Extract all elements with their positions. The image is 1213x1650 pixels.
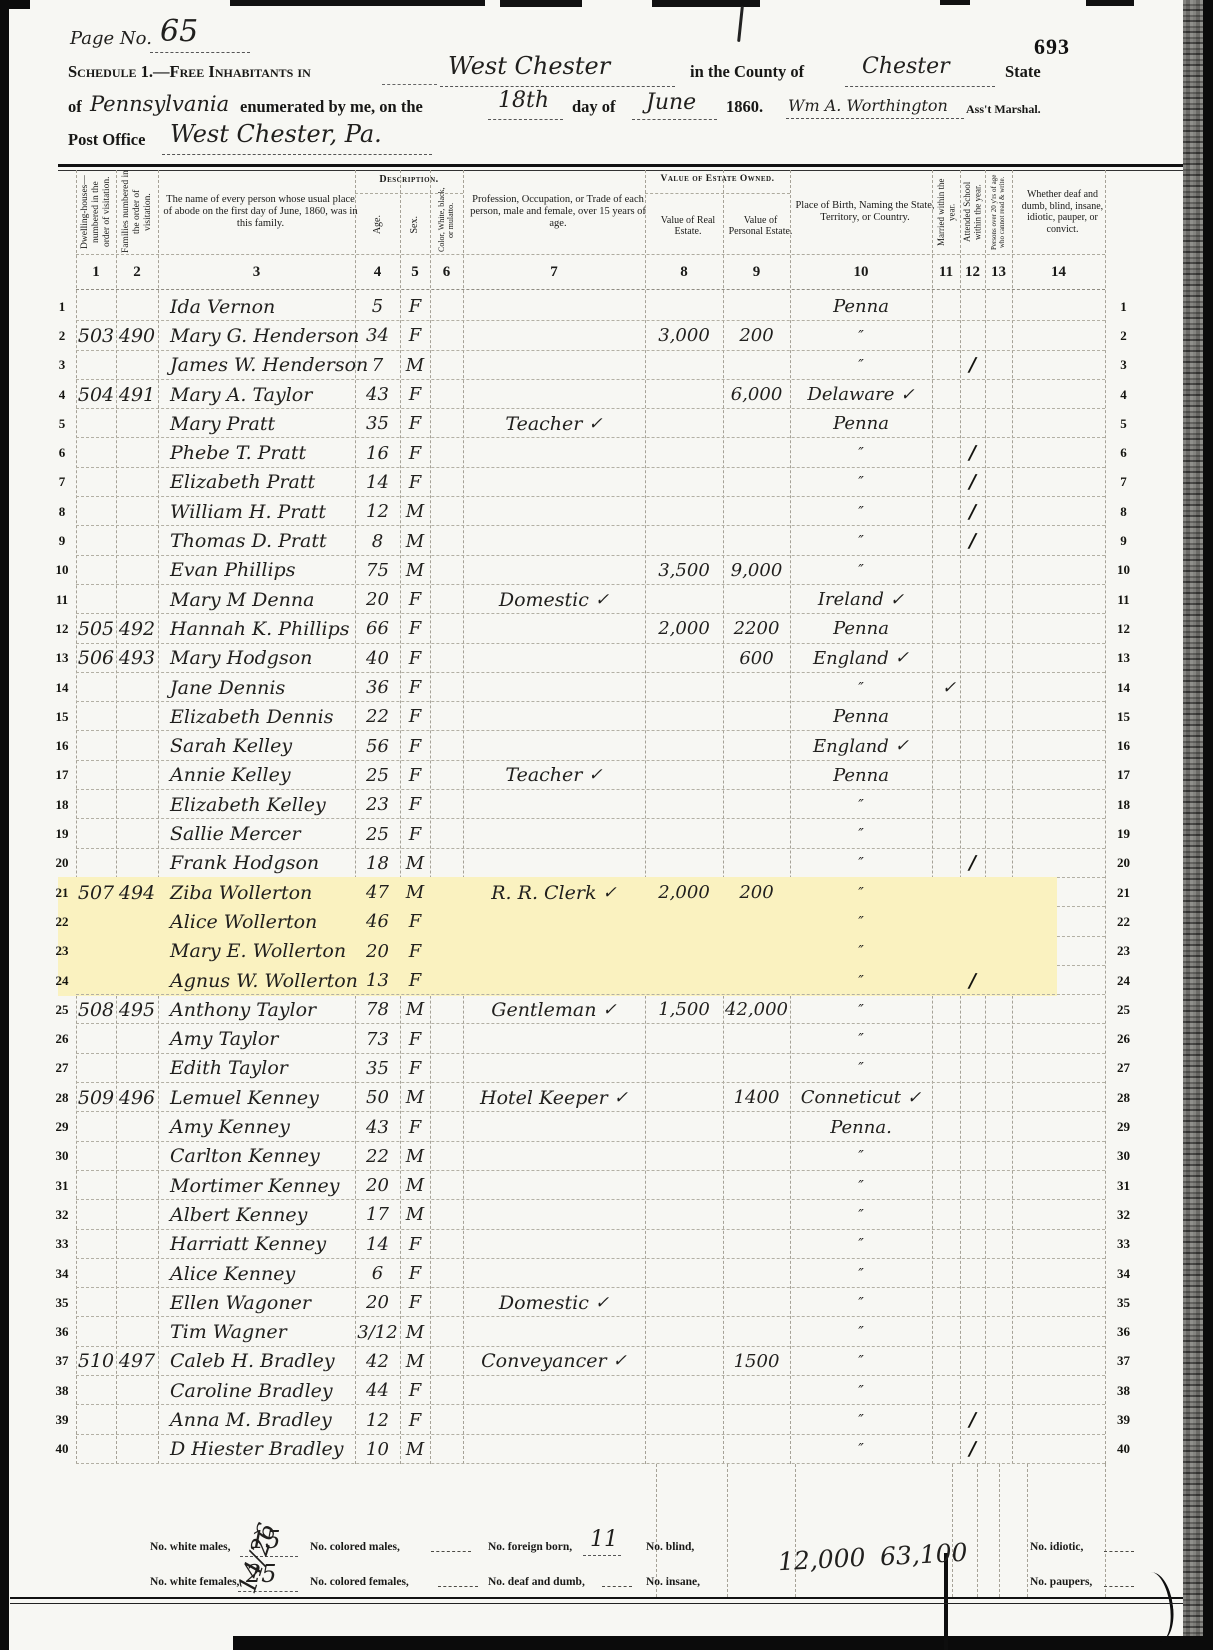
age-value-text: 43 [366,1117,389,1138]
school-mark-cell [960,995,985,1024]
personal-estate-value [723,1025,790,1054]
age-value: 18 [355,849,400,878]
table-row: 28509496Lemuel Kenney50MHotel Keeper✓140… [48,1083,1142,1112]
table-row: 39Anna M. Bradley12F″∕39 [48,1405,1142,1434]
personal-estate-value [723,1112,790,1141]
real-estate-value-text: 2,000 [658,882,710,903]
remarks-cell [1012,673,1105,702]
school-mark-cell [960,644,985,673]
row-number-left: 29 [48,1112,76,1141]
column-number: 11 [932,258,960,286]
real-estate-value [645,966,723,995]
age-value: 50 [355,1083,400,1112]
family-number [116,937,158,966]
row-number-left-text: 23 [56,943,69,959]
personal-estate-value [723,526,790,555]
dwelling-number [76,1405,116,1434]
birthplace-value: ″ [790,1435,932,1464]
age-value-text: 25 [366,765,389,786]
sex-value-text: F [409,736,422,757]
occupation-value [463,380,645,409]
school-mark-cell: ∕ [960,439,985,468]
dwelling-number [76,732,116,761]
dwelling-number [76,409,116,438]
birthplace-value: Penna. [790,1112,932,1141]
sex-value-text: F [409,589,422,610]
dwelling-number [76,468,116,497]
sex-value: F [400,1025,430,1054]
person-name-text: Anna M. Bradley [170,1409,332,1431]
ditto-mark: ″ [858,473,864,491]
age-value-text: 6 [372,1263,383,1284]
row-number-left-text: 24 [56,973,69,989]
row-number-right: 4 [1105,380,1142,409]
remarks-cell [1012,292,1105,321]
age-value-text: 23 [366,794,389,815]
married-mark-cell [932,644,960,673]
sex-value: F [400,380,430,409]
real-estate-value: 3,000 [645,321,723,350]
table-row: 19Sallie Mercer25F″19 [48,819,1142,848]
age-value: 20 [355,1288,400,1317]
footer-idiotic-label: No. idiotic, [1030,1541,1083,1553]
birthplace-value: ″ [790,673,932,702]
age-value: 42 [355,1347,400,1376]
age-value-text: 35 [366,1058,389,1079]
ditto-mark: ″ [858,503,864,521]
birthplace-value: ″ [790,907,932,936]
remarks-cell [1012,614,1105,643]
cannot-read-cell [985,468,1012,497]
occupation-value [463,819,645,848]
tick-mark: ∕ [969,970,976,992]
sex-value: F [400,292,430,321]
col-header-personal-estate: Value of Personal Estate. [723,198,798,254]
table-row: 14Jane Dennis36F″✓14 [48,673,1142,702]
age-value-text: 25 [366,824,389,845]
row-number-left-text: 11 [56,592,68,608]
sex-value-text: F [409,911,422,932]
remarks-cell [1012,849,1105,878]
sex-value: F [400,468,430,497]
age-value-text: 12 [366,501,389,522]
row-number-left-text: 29 [56,1119,69,1135]
family-number-text: 497 [119,1350,155,1372]
table-row: 15Elizabeth Dennis22FPenna15 [48,702,1142,731]
birthplace-value: ″ [790,995,932,1024]
column-number: 7 [463,258,645,286]
row-number-right-text: 39 [1117,1412,1130,1428]
row-number-right-text: 9 [1120,533,1127,549]
ditto-mark: ″ [858,1382,864,1400]
ditto-mark: ″ [858,1147,864,1165]
row-number-right-text: 22 [1117,914,1130,930]
cannot-read-cell [985,1142,1012,1171]
remarks-cell [1012,1025,1105,1054]
ditto-mark: ″ [858,532,864,550]
real-estate-value [645,1405,723,1434]
school-mark-cell [960,790,985,819]
person-name-text: Alice Wollerton [170,911,317,933]
personal-estate-value: 2200 [723,614,790,643]
remarks-cell [1012,790,1105,819]
dwelling-number [76,937,116,966]
person-name: Carlton Kenney [158,1142,367,1171]
real-estate-value [645,1230,723,1259]
ditto-mark: ″ [858,356,864,374]
personal-estate-value: 200 [723,878,790,907]
school-mark-cell [960,1288,985,1317]
row-number-left-text: 3 [59,357,66,373]
tick-mark: ∕ [969,1409,976,1431]
dwelling-number: 503 [76,321,116,350]
person-name: Harriatt Kenney [158,1230,367,1259]
row-number-left-text: 9 [59,533,66,549]
age-value: 40 [355,644,400,673]
remarks-cell [1012,468,1105,497]
remarks-cell [1012,1288,1105,1317]
age-value: 7 [355,351,400,380]
month-underline [632,119,717,120]
birthplace-value: ″ [790,351,932,380]
dwelling-number [76,1025,116,1054]
family-number [116,1112,158,1141]
remarks-cell [1012,497,1105,526]
person-name-text: Lemuel Kenney [170,1087,319,1109]
occupation-value [463,556,645,585]
personal-estate-value [723,1142,790,1171]
cannot-read-cell [985,1025,1012,1054]
married-mark-cell [932,1200,960,1229]
row-number-right-text: 16 [1117,738,1130,754]
real-estate-value [645,673,723,702]
sex-value: F [400,1405,430,1434]
age-value: 10 [355,1435,400,1464]
age-value: 17 [355,1200,400,1229]
real-estate-value [645,702,723,731]
personal-estate-value-text: 200 [739,325,773,346]
cannot-read-cell [985,1171,1012,1200]
occupation-value [463,1171,645,1200]
occupation-value [463,497,645,526]
color-value [430,1435,463,1464]
person-name-text: Amy Taylor [170,1028,278,1050]
sex-value-text: F [409,1058,422,1079]
township-value: West Chester [448,52,610,80]
cannot-read-cell [985,673,1012,702]
column-number: 13 [985,258,1012,286]
person-name-text: Mary A. Taylor [170,384,312,406]
row-number-left-text: 31 [56,1178,69,1194]
personal-estate-value [723,966,790,995]
county-underline [845,86,995,87]
age-value: 43 [355,380,400,409]
family-number [116,526,158,555]
age-value-text: 20 [366,1292,389,1313]
age-value-text: 22 [366,1146,389,1167]
table-row: 13506493Mary Hodgson40F600England✓13 [48,644,1142,673]
cannot-read-cell [985,585,1012,614]
age-value: 5 [355,292,400,321]
personal-estate-value [723,468,790,497]
person-name-text: Tim Wagner [170,1321,287,1343]
row-number-left: 34 [48,1259,76,1288]
sex-value-text: F [409,941,422,962]
schedule-title: Schedule 1.—Free Inhabitants in [68,62,311,82]
personal-estate-value [723,1259,790,1288]
page-stamp: 693 [1034,34,1070,60]
sex-value-text: F [409,677,422,698]
row-number-left: 2 [48,321,76,350]
table-row: 1Ida Vernon5FPenna1 [48,292,1142,321]
real-estate-value [645,1054,723,1083]
married-mark-cell [932,380,960,409]
column-number: 1 [76,258,116,286]
person-name-text: Mary E. Wollerton [170,940,346,962]
row-number-right: 15 [1105,702,1142,731]
footer-personal-estate-total: 63,100 [879,1538,968,1572]
remarks-cell [1012,1200,1105,1229]
row-number-right-text: 34 [1117,1266,1130,1282]
age-value-text: 14 [366,1234,389,1255]
row-number-right: 34 [1105,1259,1142,1288]
occupation-value-text: Gentleman [491,999,596,1021]
sex-value: M [400,497,430,526]
remarks-cell [1012,761,1105,790]
real-estate-value: 2,000 [645,614,723,643]
row-number-left-text: 40 [56,1441,69,1457]
personal-estate-value [723,1230,790,1259]
family-number [116,556,158,585]
age-value-text: 12 [366,1410,389,1431]
birthplace-value: ″ [790,1230,932,1259]
occupation-value [463,1025,645,1054]
person-name: James W. Henderson [158,351,367,380]
age-value: 14 [355,468,400,497]
dwelling-number [76,439,116,468]
state-label: State [1005,62,1041,82]
row-number-left: 21 [48,878,76,907]
cannot-read-cell [985,292,1012,321]
color-value [430,1288,463,1317]
birthplace-value: ″ [790,878,932,907]
married-mark-cell [932,351,960,380]
day-of-label: day of [572,97,616,117]
dwelling-number [76,907,116,936]
row-number-left-text: 8 [59,504,66,520]
occupation-value-text: Conveyancer [481,1350,606,1372]
age-value: 43 [355,1112,400,1141]
person-name: Anna M. Bradley [158,1405,367,1434]
check-mark: ✓ [895,648,909,668]
school-mark-cell [960,1318,985,1347]
personal-estate-value [723,585,790,614]
occupation-value: Domestic✓ [463,1288,645,1317]
row-number-left: 31 [48,1171,76,1200]
marshal-signature: Wm A. Worthington [788,96,948,115]
family-number [116,673,158,702]
col-header-family: Families numbered in the order of visita… [116,170,158,254]
person-name-text: Edith Taylor [170,1057,288,1079]
age-value: 6 [355,1259,400,1288]
left-scan-edge-notch [0,0,30,9]
row-number-left-text: 12 [56,621,69,637]
row-number-right: 25 [1105,995,1142,1024]
top-scan-mark [230,0,485,6]
sex-value-text: F [409,1234,422,1255]
row-number-left-text: 13 [56,650,69,666]
occupation-value: Conveyancer✓ [463,1347,645,1376]
birthplace-value: ″ [790,966,932,995]
blank-line [438,1577,478,1587]
sex-value: F [400,1259,430,1288]
ditto-mark: ″ [858,942,864,960]
dwelling-number [76,790,116,819]
dwelling-number [76,702,116,731]
married-mark-cell [932,1025,960,1054]
table-row: 2503490Mary G. Henderson34F3,000200″2 [48,321,1142,350]
remarks-cell [1012,585,1105,614]
cannot-read-cell [985,380,1012,409]
dwelling-number [76,1200,116,1229]
personal-estate-value [723,439,790,468]
row-number-right: 28 [1105,1083,1142,1112]
dwelling-number-text: 503 [78,325,114,347]
age-value: 16 [355,439,400,468]
row-number-right: 14 [1105,673,1142,702]
real-estate-value [645,1318,723,1347]
row-number-right: 29 [1105,1112,1142,1141]
family-number [116,468,158,497]
birthplace-value-text: Conneticut [801,1087,901,1108]
color-value [430,995,463,1024]
real-estate-value [645,937,723,966]
married-mark-cell [932,1318,960,1347]
cannot-read-cell [985,1200,1012,1229]
person-name-text: Elizabeth Dennis [170,706,333,728]
sex-value: F [400,819,430,848]
col-header-name: The name of every person whose usual pla… [158,170,363,254]
person-name: Thomas D. Pratt [158,526,367,555]
col-header-birthplace: Place of Birth, Naming the State, Territ… [790,170,940,254]
sex-value: M [400,1142,430,1171]
birthplace-value: Ireland✓ [790,585,932,614]
row-number-right: 23 [1105,937,1142,966]
family-number: 497 [116,1347,158,1376]
age-value-text: 7 [372,355,383,376]
school-mark-cell [960,819,985,848]
married-mark-cell [932,907,960,936]
sex-value-text: M [406,1175,424,1196]
person-name-text: James W. Henderson [170,354,368,376]
personal-estate-value: 600 [723,644,790,673]
birthplace-value: ″ [790,1054,932,1083]
column-number: 14 [1012,258,1105,286]
footer-deaf-dumb-label: No. deaf and dumb, [488,1576,585,1588]
occupation-value [463,351,645,380]
dwelling-number-text: 509 [78,1087,114,1109]
row-number-left-text: 19 [56,826,69,842]
cannot-read-cell [985,1347,1012,1376]
person-name-text: Alice Kenney [170,1263,295,1285]
real-estate-value [645,1435,723,1464]
page-no-value: 65 [160,14,198,49]
row-number-left: 11 [48,585,76,614]
row-number-right: 24 [1105,966,1142,995]
family-number-text: 496 [119,1087,155,1109]
family-number [116,1435,158,1464]
person-name: Amy Taylor [158,1025,367,1054]
color-value [430,966,463,995]
person-name: Anthony Taylor [158,995,367,1024]
school-mark-cell [960,1347,985,1376]
personal-estate-value-text: 9,000 [731,560,783,581]
real-estate-value [645,1288,723,1317]
age-value-text: 8 [372,531,383,552]
sex-value-text: F [409,413,422,434]
ditto-mark: ″ [858,796,864,814]
table-row: 33Harriatt Kenney14F″33 [48,1230,1142,1259]
remarks-cell [1012,732,1105,761]
person-name: Jane Dennis [158,673,367,702]
person-name-text: Annie Kelley [170,764,291,786]
row-number-left: 13 [48,644,76,673]
dwelling-number [76,819,116,848]
row-number-right-text: 37 [1117,1353,1130,1369]
blank-dashes [382,84,437,85]
row-number-left-text: 1 [59,299,66,315]
row-number-right-text: 40 [1117,1441,1130,1457]
personal-estate-value-text: 1500 [734,1351,780,1372]
married-mark-cell [932,1288,960,1317]
real-estate-value [645,1347,723,1376]
family-number [116,409,158,438]
birthplace-value: ″ [790,819,932,848]
of-label: of [68,97,82,117]
table-row: 30Carlton Kenney22M″30 [48,1142,1142,1171]
occupation-value: R. R. Clerk✓ [463,878,645,907]
remarks-cell [1012,966,1105,995]
color-value [430,585,463,614]
family-number [116,1142,158,1171]
column-number: 2 [116,258,158,286]
row-number-left: 25 [48,995,76,1024]
table-row: 16Sarah Kelley56FEngland✓16 [48,732,1142,761]
row-number-right: 7 [1105,468,1142,497]
row-number-left-text: 21 [56,885,69,901]
ditto-mark: ″ [858,972,864,990]
row-number-right-text: 12 [1117,621,1130,637]
occupation-value [463,1230,645,1259]
occupation-value [463,439,645,468]
remarks-cell [1012,526,1105,555]
row-number-right-text: 30 [1117,1148,1130,1164]
ditto-mark: ″ [858,1206,864,1224]
sex-value-text: F [409,384,422,405]
real-estate-value: 3,500 [645,556,723,585]
age-value-text: 17 [366,1204,389,1225]
row-number-left-text: 7 [59,474,66,490]
color-value [430,1083,463,1112]
age-value-text: 18 [366,853,389,874]
blank-line [1104,1577,1134,1587]
family-number [116,1405,158,1434]
row-number-left-text: 25 [56,1002,69,1018]
person-name: Elizabeth Dennis [158,702,367,731]
occupation-value [463,790,645,819]
married-mark-cell [932,1435,960,1464]
age-value-text: 22 [366,706,389,727]
